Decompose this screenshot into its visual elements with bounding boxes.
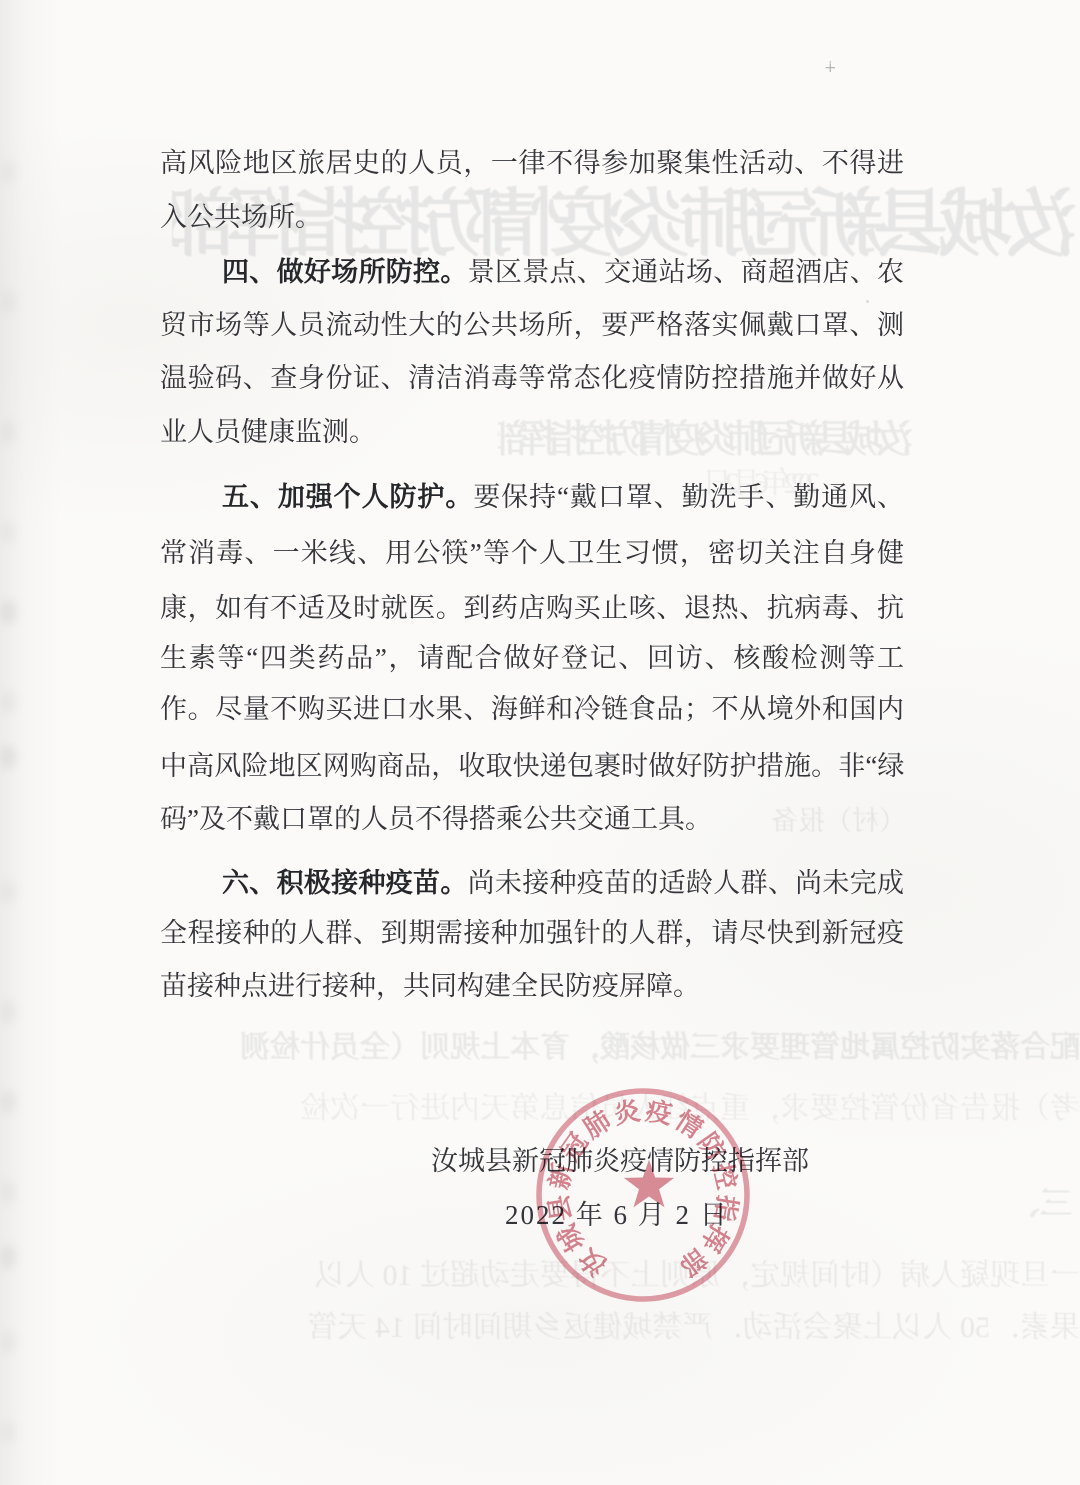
body-text-line: 业人员健康监测。 xyxy=(160,415,904,449)
body-text-line: 高风险地区旅居史的人员，一律不得参加聚集性活动、不得进 xyxy=(160,146,904,180)
seal-character: 县 xyxy=(544,1193,577,1223)
body-text-line: 码”及不戴口罩的人员不得搭乘公共交通工具。 xyxy=(160,802,904,836)
edge-smudge xyxy=(0,290,16,314)
edge-smudge xyxy=(0,1090,16,1114)
seal-character: 新 xyxy=(545,1160,579,1192)
body-text: 贸市场等人员流动性大的公共场所，要严格落实佩戴口罩、测 xyxy=(160,310,904,340)
body-text-line: 温验码、查身份证、清洁消毒等常态化疫情防控措施并做好从 xyxy=(160,361,904,395)
section-heading: 六、积极接种疫苗。 xyxy=(222,868,468,898)
scan-speck xyxy=(630,712,633,715)
body-text: 全程接种的人群、到期需接种加强针的人群，请尽快到新冠疫 xyxy=(160,918,904,948)
edge-smudge xyxy=(0,600,16,624)
body-text-line: 贸市场等人员流动性大的公共场所，要严格落实佩戴口罩、测 xyxy=(160,308,904,342)
edge-smudge xyxy=(0,1180,16,1204)
body-text: 常消毒、一米线、用公筷”等个人卫生习惯，密切关注自身健 xyxy=(160,538,904,568)
body-text-line: 苗接种点进行接种，共同构建全民防疫屏障。 xyxy=(160,969,904,1003)
body-text-line: 全程接种的人群、到期需接种加强针的人群，请尽快到新冠疫 xyxy=(160,916,904,950)
edge-smudge xyxy=(0,1245,16,1269)
star-icon xyxy=(624,1160,674,1208)
edge-smudge xyxy=(0,1420,16,1444)
seal-character: 控 xyxy=(707,1160,741,1192)
section-heading: 四、做好场所防控。 xyxy=(222,257,468,287)
seal-character: 指 xyxy=(709,1193,742,1223)
body-text-line: 五、加强个人防护。要保持“戴口罩、勤洗手、勤通风、 xyxy=(222,480,904,514)
body-text-line: 康，如有不适及时就医。到药店购买止咳、退热、抗病毒、抗 xyxy=(160,591,904,625)
scan-speck xyxy=(866,300,869,303)
section-heading: 五、加强个人防护。 xyxy=(222,482,473,512)
body-text: 作。尽量不购买进口水果、海鲜和冷链食品；不从境外和国内 xyxy=(160,694,904,724)
body-text-line: 六、积极接种疫苗。尚未接种疫苗的适龄人群、尚未完成 xyxy=(222,866,904,900)
body-text: 康，如有不适及时就医。到药店购买止咳、退热、抗病毒、抗 xyxy=(160,593,904,623)
ghost-line: 三、 xyxy=(962,1178,1072,1224)
body-text: 苗接种点进行接种，共同构建全民防疫屏障。 xyxy=(160,971,700,1001)
body-text: 业人员健康监测。 xyxy=(160,417,376,447)
body-text: 高风险地区旅居史的人员，一律不得参加聚集性活动、不得进 xyxy=(160,148,904,178)
seal-character: 炎 xyxy=(612,1096,644,1130)
edge-smudge xyxy=(0,880,16,904)
edge-smudge xyxy=(0,420,16,444)
scanned-page: 汝城县新冠肺炎疫情防控指挥部汝城县新冠肺炎疫情防控指挥部2022年6月2日（村）… xyxy=(0,0,1080,1485)
body-text: 温验码、查身份证、清洁消毒等常态化疫情防控措施并做好从 xyxy=(160,363,904,393)
body-text: 生素等“四类药品”，请配合做好登记、回访、核酸检测等工 xyxy=(160,643,904,673)
seal-graphic: 汝城县新冠肺炎疫情防控指挥部 xyxy=(513,1065,773,1325)
body-text: 中高风险地区网购商品，收取快递包裹时做好防护措施。非“绿 xyxy=(160,751,904,781)
edge-smudge xyxy=(0,160,16,184)
body-text: 入公共场所。 xyxy=(160,202,322,232)
body-text-line: 四、做好场所防控。景区景点、交通站场、商超酒店、农 xyxy=(222,255,904,289)
body-text: 码”及不戴口罩的人员不得搭乘公共交通工具。 xyxy=(160,804,712,834)
body-text-line: 生素等“四类药品”，请配合做好登记、回访、核酸检测等工 xyxy=(160,641,904,675)
body-text: 景区景点、交通站场、商超酒店、农 xyxy=(468,257,904,287)
edge-smudge xyxy=(0,1000,16,1024)
scan-mark: ∔ xyxy=(824,62,837,72)
edge-smudge xyxy=(0,520,16,544)
body-text-line: 常消毒、一米线、用公筷”等个人卫生习惯，密切关注自身健 xyxy=(160,536,904,570)
body-text-line: 入公共场所。 xyxy=(160,200,904,234)
body-text-line: 作。尽量不购买进口水果、海鲜和冷链食品；不从境外和国内 xyxy=(160,692,904,726)
edge-smudge xyxy=(0,1330,16,1354)
body-text-line: 中高风险地区网购商品，收取快递包裹时做好防护措施。非“绿 xyxy=(160,749,904,783)
edge-smudge xyxy=(0,745,16,769)
official-seal: 汝城县新冠肺炎疫情防控指挥部 xyxy=(513,1065,773,1330)
seal-character: 疫 xyxy=(643,1096,674,1129)
ghost-line: 配合落实防控属地管理要求三做核酸，育本上规则（全员什检测 xyxy=(150,1022,1080,1066)
body-text: 要保持“戴口罩、勤洗手、勤通风、 xyxy=(473,482,904,512)
body-text: 尚未接种疫苗的适龄人群、尚未完成 xyxy=(468,868,904,898)
edge-smudge xyxy=(0,690,16,714)
